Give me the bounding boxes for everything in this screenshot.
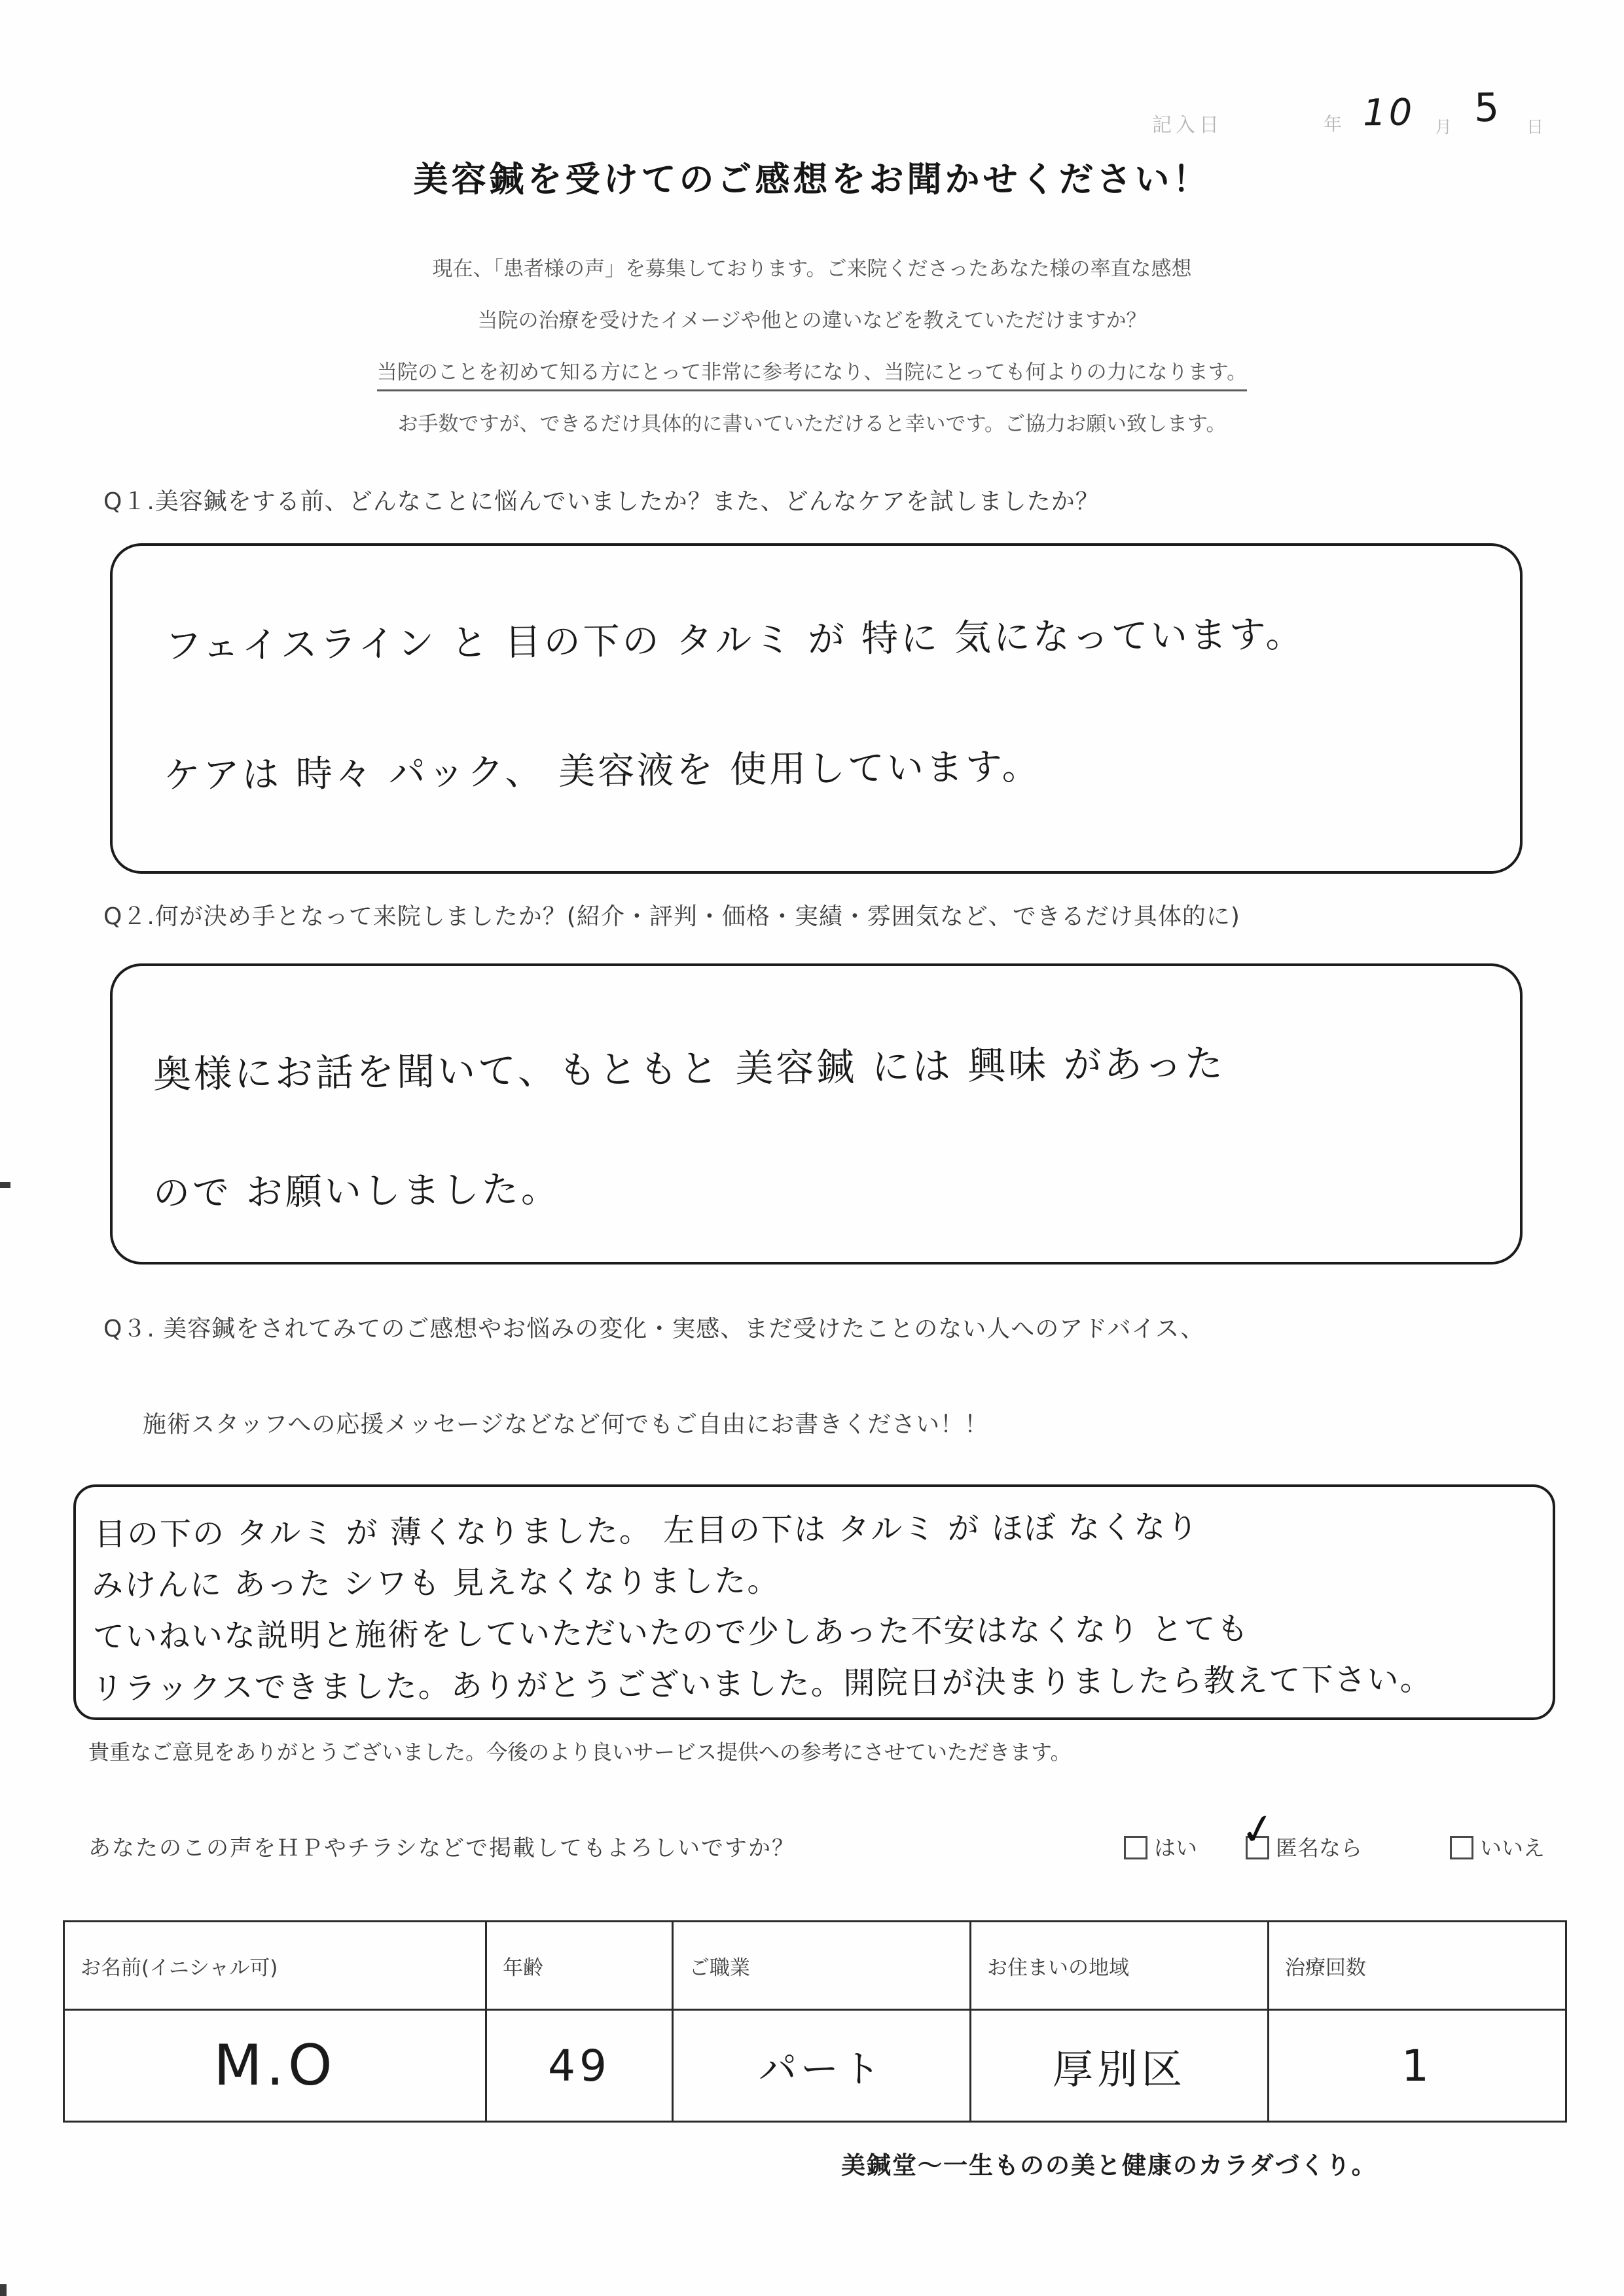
questionnaire-scan: 記入日 年 10 月 5 日 美容鍼を受けてのご感想をお聞かせください！ 現在、… [0, 0, 1624, 2296]
header-occupation: ご職業 [673, 1922, 971, 2010]
q2-answer-box: 奥様にお話を聞いて、もともと 美容鍼 には 興味 があった ので お願いしました… [110, 963, 1523, 1265]
value-occupation: パート [759, 2047, 884, 2091]
header-name: お名前(イニシャル可) [64, 1922, 486, 2010]
date-month-suffix: 月 [1435, 114, 1452, 138]
intro-line-1: 現在、「患者様の声」を募集しております。ご来院くださったあなた様の率直な感想 [0, 243, 1624, 295]
checkbox-anonymous [1246, 1836, 1269, 1859]
publish-option-no-label: いいえ [1480, 1835, 1545, 1861]
q3-answer-line-4: リラックスできました。ありがとうございました。開院日が決まりましたら教えて下さい… [92, 1654, 1433, 1708]
checkbox-no [1450, 1836, 1473, 1859]
value-name: M.O [213, 2033, 336, 2098]
q3-question-line-1: Q３. 美容鍼をされてみてのご感想やお悩みの変化・実感、まだ受けたことのない人へ… [103, 1310, 1204, 1344]
publish-option-anonymous-label: 匿名なら [1276, 1835, 1362, 1861]
value-area: 厚別区 [1053, 2045, 1186, 2093]
publish-option-yes-label: はい [1154, 1835, 1197, 1861]
date-day-value: 5 [1474, 85, 1502, 131]
checkbox-yes [1124, 1836, 1147, 1859]
date-label: 記入日 [1152, 109, 1223, 137]
publish-question: あなたのこの声をＨＰやチラシなどで掲載してもよろしいですか？ [88, 1830, 795, 1862]
clinic-tagline: 美鍼堂～一生ものの美と健康のカラダづくり。 [841, 2145, 1377, 2181]
date-year-suffix: 年 [1324, 110, 1342, 136]
respondent-table: お名前(イニシャル可) 年齢 ご職業 お住まいの地域 治療回数 M.O 49 パ… [63, 1920, 1567, 2123]
intro-paragraph: 現在、「患者様の声」を募集しております。ご来院くださったあなた様の率直な感想 当… [0, 243, 1624, 450]
header-area: お住まいの地域 [971, 1922, 1269, 2010]
q1-answer-box: フェイスライン と 目の下の タルミ が 特に 気になっています。 ケアは 時々… [110, 543, 1523, 874]
thanks-note: 貴重なご意見をありがとうございました。今後のより良いサービス提供への参考にさせて… [88, 1736, 1071, 1766]
q3-answer-line-2: みけんに あった シワも 見えなくなりました。 [92, 1555, 780, 1605]
header-visit-count: 治療回数 [1269, 1922, 1566, 2010]
page-title: 美容鍼を受けてのご感想をお聞かせください！ [0, 152, 1624, 202]
q3-answer-line-1: 目の下の タルミ が 薄くなりました。 左目の下は タルミ が ほぼ なくなり [94, 1501, 1200, 1554]
q3-answer-line-3: ていねいな説明と施術をしていただいたので少しあった不安はなくなり とても [93, 1604, 1250, 1657]
publish-consent-row: あなたのこの声をＨＰやチラシなどで掲載してもよろしいですか？ はい ✓ 匿名なら… [88, 1825, 1581, 1871]
value-age: 49 [548, 2041, 611, 2091]
date-day-suffix: 日 [1526, 114, 1543, 138]
scan-artifact [0, 2284, 7, 2296]
scan-artifact [0, 1182, 10, 1188]
q1-answer-line-2: ケアは 時々 パック、 美容液を 使用しています。 [164, 738, 1041, 799]
q2-answer-line-1: 奥様にお話を聞いて、もともと 美容鍼 には 興味 があった [153, 1032, 1226, 1098]
table-header-row: お名前(イニシャル可) 年齢 ご職業 お住まいの地域 治療回数 [64, 1922, 1566, 2010]
q1-question: Q１.美容鍼をする前、どんなことに悩んでいましたか？また、どんなケアを試しました… [103, 483, 1100, 516]
date-row: 記入日 年 10 月 5 日 [1152, 97, 1584, 143]
q3-answer-box: 目の下の タルミ が 薄くなりました。 左目の下は タルミ が ほぼ なくなり … [73, 1484, 1555, 1720]
value-visit-count: 1 [1401, 2041, 1433, 2091]
q2-question: Q２.何が決め手となって来院しましたか？(紹介・評判・価格・実績・雰囲気など、で… [103, 898, 1240, 931]
intro-line-4: お手数ですが、できるだけ具体的に書いていただけると幸いです。ご協力お願い致します… [0, 399, 1624, 450]
q2-answer-line-2: ので お願いしました。 [153, 1160, 561, 1217]
q1-answer-line-1: フェイスライン と 目の下の タルミ が 特に 気になっています。 [165, 605, 1305, 670]
intro-line-3: 当院のことを初めて知る方にとって非常に参考になり、当院にとっても何よりの力になり… [0, 347, 1624, 399]
publish-option-yes: はい ✓ [1124, 1831, 1197, 1862]
q3-question-line-2: 施術スタッフへの応援メッセージなどなど何でもご自由にお書きください！！ [143, 1406, 988, 1439]
intro-line-2: 当院の治療を受けたイメージや他との違いなどを教えていただけますか？ [0, 295, 1624, 347]
header-age: 年齢 [486, 1922, 673, 2010]
table-value-row: M.O 49 パート 厚別区 1 [64, 2010, 1566, 2122]
date-month-value: 10 [1363, 92, 1415, 135]
publish-option-anonymous: 匿名なら ✓ [1246, 1831, 1362, 1862]
publish-option-no: いいえ ✓ [1450, 1831, 1545, 1862]
